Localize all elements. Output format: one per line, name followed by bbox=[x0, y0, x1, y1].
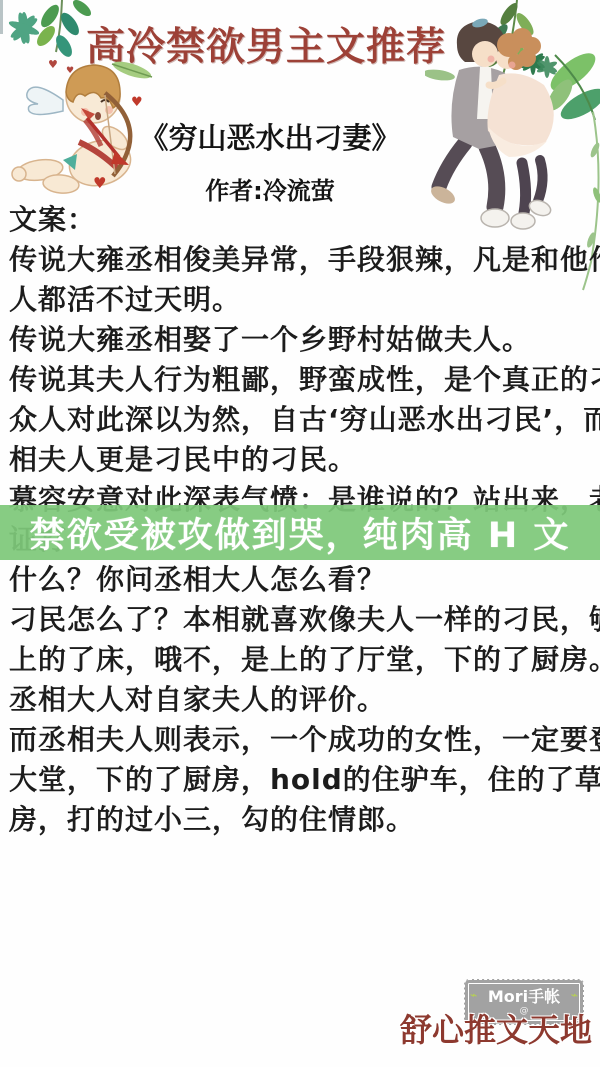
highlight-banner-text: 禁欲受被攻做到哭，纯肉高 H 文 bbox=[30, 508, 571, 558]
watermark-brand-text: 舒心推文天地 bbox=[400, 1005, 592, 1051]
synopsis-line: 传说其夫人行为粗鄙，野蛮成性，是个真正的刁民。 bbox=[9, 360, 597, 400]
synopsis-line: 房，打的过小三，勾的住情郎。 bbox=[9, 800, 597, 840]
synopsis-line: 文案： bbox=[9, 200, 597, 240]
maple-leaf-icon bbox=[536, 56, 558, 78]
synopsis-line: 传说大雍丞相娶了一个乡野村姑做夫人。 bbox=[9, 320, 597, 360]
wheat-sprig-icon: ⌁ bbox=[571, 988, 578, 1002]
synopsis-line: 大堂，下的了厨房，hold的住驴车，住的了草 bbox=[9, 760, 597, 800]
stamp-text: Mori手帐 bbox=[488, 988, 560, 1006]
star-leaf-icon bbox=[8, 12, 41, 45]
synopsis-line: 人都活不过天明。 bbox=[9, 280, 597, 320]
synopsis-line: 什么？你问丞相大人怎么看？ bbox=[9, 560, 597, 600]
poster-page: ♥ ♥ bbox=[0, 0, 600, 1067]
synopsis-line: 丞相大人对自家夫人的评价。 bbox=[9, 680, 597, 720]
cupid-wing-icon bbox=[27, 87, 63, 114]
synopsis-line: 上的了床，哦不，是上的了厅堂，下的了厨房。这是 bbox=[9, 640, 597, 680]
cupid-illustration: ♥ ♥ bbox=[5, 58, 155, 208]
highlight-banner: 禁欲受被攻做到哭，纯肉高 H 文 bbox=[0, 505, 600, 560]
synopsis-line: 相夫人更是刁民中的刁民。 bbox=[9, 440, 597, 480]
synopsis-line: 传说大雍丞相俊美异常，手段狠辣，凡是和他作对的 bbox=[9, 240, 597, 280]
synopsis-line: 而丞相夫人则表示，一个成功的女性，一定要登的了 bbox=[9, 720, 597, 760]
leaf-icon bbox=[425, 68, 456, 82]
book-block: 《穷山恶水出刁妻》 作者:冷流萤 bbox=[120, 116, 420, 206]
heart-icon: ♥ bbox=[131, 95, 143, 110]
synopsis-line: 刁民怎么了？本相就喜欢像夫人一样的刁民，够味！ bbox=[9, 600, 597, 640]
branch-leaves-icon bbox=[34, 0, 94, 59]
synopsis-line: 众人对此深以为然，自古‘穷山恶水出刁民’，而丞 bbox=[9, 400, 597, 440]
heart-icon: ♥ bbox=[93, 174, 106, 192]
wheat-sprig-icon: ⌁ bbox=[470, 988, 477, 1002]
book-title: 《穷山恶水出刁妻》 bbox=[120, 116, 420, 157]
watermark: ⌁ Mori手帐 @ ⌁ 舒心推文天地 bbox=[404, 979, 594, 1059]
